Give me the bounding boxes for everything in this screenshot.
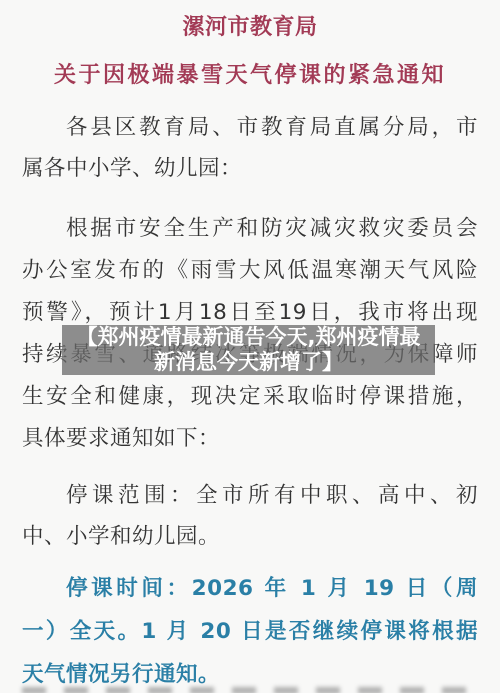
watermark-line-1: 【郑州疫情最新通告今天,郑州疫情最: [62, 325, 435, 350]
org-title: 漯河市教育局: [22, 15, 478, 41]
body-line: 根据市安全生产和防灾减灾救灾委员会: [22, 208, 478, 250]
body-line: 中、小学和幼儿园。: [22, 516, 478, 557]
body-line: 生安全和健康，现决定采取临时停课措施，: [22, 376, 478, 418]
body-line: 办公室发布的《雨雪大风低温寒潮天气风险: [22, 250, 478, 292]
body-line: 属各中小学、幼儿园：: [22, 148, 478, 189]
body-line: 停课范围：全市所有中职、高中、初: [22, 475, 478, 516]
body-line: 停课时间：2026 年 1 月 19 日（周: [22, 567, 478, 610]
body-line: 具体要求通知如下：: [22, 418, 478, 460]
watermark-line-2: 新消息今天新增了】: [62, 350, 435, 375]
watermark-overlay: 【郑州疫情最新通告今天,郑州疫情最 新消息今天新增了】: [62, 325, 435, 375]
notice-title: 关于因极端暴雪天气停课的紧急通知: [22, 63, 478, 89]
cutoff-text-sliver: [22, 687, 478, 693]
time-paragraph: 停课时间：2026 年 1 月 19 日（周 一）全天。1 月 20 日是否继续…: [22, 567, 478, 693]
salutation-paragraph: 各县区教育局、市教育局直属分局，市 属各中小学、幼儿园：: [22, 107, 478, 189]
body-line: 各县区教育局、市教育局直属分局，市: [22, 107, 478, 148]
scope-paragraph: 停课范围：全市所有中职、高中、初 中、小学和幼儿园。: [22, 475, 478, 557]
body-line: 一）全天。1 月 20 日是否继续停课将根据: [22, 610, 478, 653]
